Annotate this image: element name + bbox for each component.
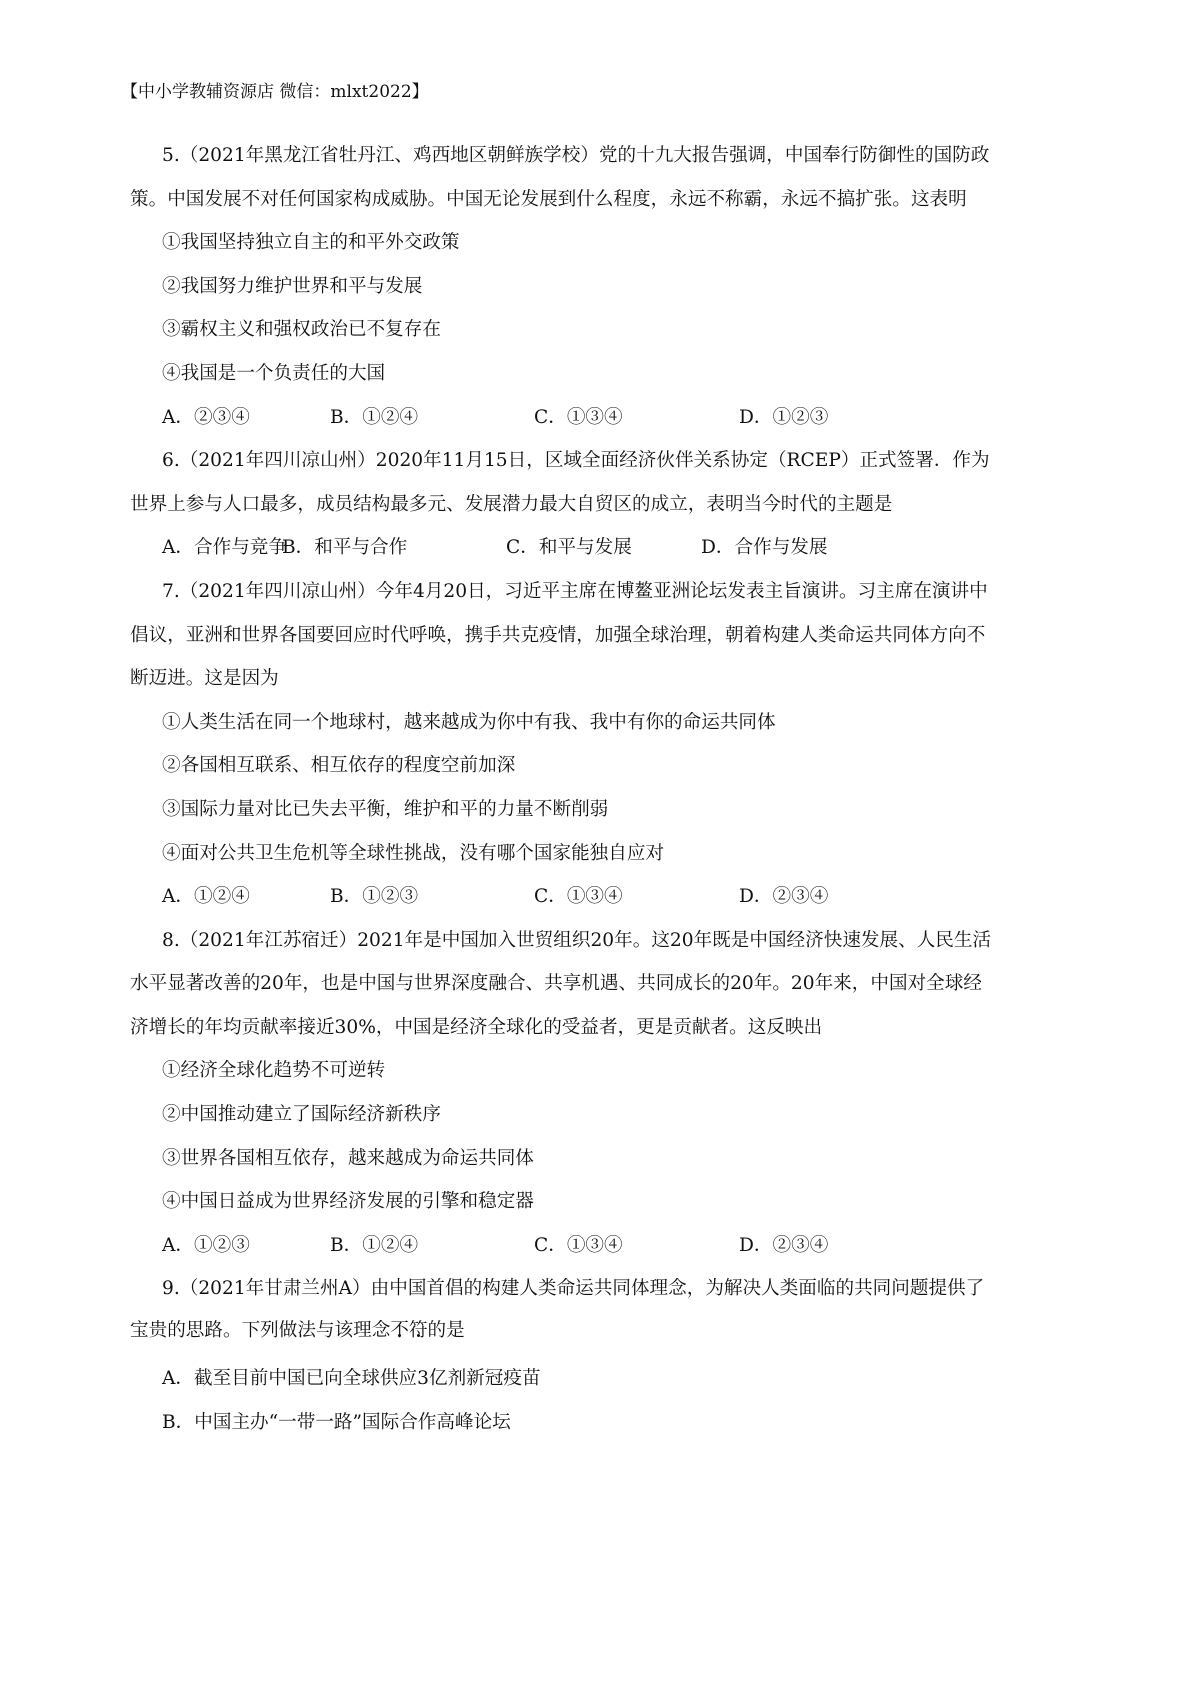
answer-options: A．合作与竞争 B．和平与合作 C．和平与发展 D．合作与发展 [130, 526, 1090, 570]
statement-2: ②中国推动建立了国际经济新秩序 [130, 1093, 1090, 1137]
statement-3: ③世界各国相互依存，越来越成为命运共同体 [130, 1137, 1090, 1181]
question-stem-line: 世界上参与人口最多，成员结构最多元、发展潜力最大自贸区的成立，表明当今时代的主题… [130, 483, 1090, 527]
question-9: 9.（2021年甘肃兰州A）由中国首倡的构建人类命运共同体理念，为解决人类面临的… [130, 1267, 1090, 1445]
statement-2: ②各国相互联系、相互依存的程度空前加深 [130, 744, 1090, 788]
question-stem-line: 宝贵的思路。下列做法与该理念不符的是 [130, 1311, 1090, 1357]
option-b[interactable]: B．①②④ [330, 1224, 534, 1268]
option-c[interactable]: C．①③④ [534, 396, 739, 440]
statement-1: ①经济全球化趋势不可逆转 [130, 1049, 1090, 1093]
option-a[interactable]: A．②③④ [162, 396, 330, 440]
answer-options: A．①②③ B．①②④ C．①③④ D．②③④ [130, 1224, 1090, 1268]
stem-text: 宝贵的思路。下列做法与该理念 [130, 1320, 390, 1341]
document-page: 【中小学教辅资源店 微信：mlxt2022】 5.（2021年黑龙江省牡丹江、鸡… [0, 0, 1200, 1698]
question-stem-line: 9.（2021年甘肃兰州A）由中国首倡的构建人类命运共同体理念，为解决人类面临的… [130, 1267, 1090, 1311]
option-b[interactable]: B．①②③ [330, 875, 534, 919]
option-c[interactable]: C．①③④ [534, 875, 739, 919]
question-stem-line: 8.（2021年江苏宿迁）2021年是中国加入世贸组织20年。这20年既是中国经… [130, 919, 1090, 963]
option-d[interactable]: D．①②③ [739, 396, 939, 440]
question-6: 6.（2021年四川凉山州）2020年11月15日，区域全面经济伙伴关系协定（R… [130, 439, 1090, 570]
emphasis-char: 不 [390, 1320, 409, 1341]
statement-1: ①我国坚持独立自主的和平外交政策 [130, 221, 1090, 265]
question-stem-line: 策。中国发展不对任何国家构成威胁。中国无论发展到什么程度，永远不称霸，永远不搞扩… [130, 178, 1090, 222]
stem-text: 的是 [428, 1320, 465, 1341]
statement-1: ①人类生活在同一个地球村，越来越成为你中有我、我中有你的命运共同体 [130, 701, 1090, 745]
answer-options: A．②③④ B．①②④ C．①③④ D．①②③ [130, 396, 1090, 440]
question-stem-line: 7.（2021年四川凉山州）今年4月20日，习近平主席在博鳌亚洲论坛发表主旨演讲… [130, 570, 1090, 614]
question-8: 8.（2021年江苏宿迁）2021年是中国加入世贸组织20年。这20年既是中国经… [130, 919, 1090, 1268]
statement-4: ④我国是一个负责任的大国 [130, 352, 1090, 396]
question-5: 5.（2021年黑龙江省牡丹江、鸡西地区朝鲜族学校）党的十九大报告强调，中国奉行… [130, 134, 1090, 439]
question-list: 5.（2021年黑龙江省牡丹江、鸡西地区朝鲜族学校）党的十九大报告强调，中国奉行… [130, 134, 1090, 1445]
option-b[interactable]: B．中国主办“一带一路”国际合作高峰论坛 [130, 1401, 1090, 1445]
statement-3: ③国际力量对比已失去平衡，维护和平的力量不断削弱 [130, 788, 1090, 832]
option-d[interactable]: D．②③④ [739, 875, 939, 919]
statement-2: ②我国努力维护世界和平与发展 [130, 265, 1090, 309]
option-b[interactable]: B．①②④ [330, 396, 534, 440]
page-header: 【中小学教辅资源店 微信：mlxt2022】 [121, 80, 429, 104]
option-c[interactable]: C．①③④ [534, 1224, 739, 1268]
statement-4: ④中国日益成为世界经济发展的引擎和稳定器 [130, 1180, 1090, 1224]
option-b[interactable]: B．和平与合作 [282, 526, 506, 570]
option-a[interactable]: A．截至目前中国已向全球供应3亿剂新冠疫苗 [130, 1357, 1090, 1401]
question-stem-line: 济增长的年均贡献率接近30%，中国是经济全球化的受益者，更是贡献者。这反映出 [130, 1006, 1090, 1050]
option-d[interactable]: D．合作与发展 [701, 526, 901, 570]
option-c[interactable]: C．和平与发展 [506, 526, 701, 570]
option-d[interactable]: D．②③④ [739, 1224, 939, 1268]
question-stem-line: 6.（2021年四川凉山州）2020年11月15日，区域全面经济伙伴关系协定（R… [130, 439, 1090, 483]
answer-options: A．①②④ B．①②③ C．①③④ D．②③④ [130, 875, 1090, 919]
question-stem-line: 倡议，亚洲和世界各国要回应时代呼唤，携手共克疫情，加强全球治理，朝着构建人类命运… [130, 614, 1090, 658]
emphasis-char: 符 [409, 1320, 428, 1341]
option-a[interactable]: A．合作与竞争 [162, 526, 282, 570]
option-a[interactable]: A．①②③ [162, 1224, 330, 1268]
statement-4: ④面对公共卫生危机等全球性挑战，没有哪个国家能独自应对 [130, 832, 1090, 876]
statement-3: ③霸权主义和强权政治已不复存在 [130, 308, 1090, 352]
question-7: 7.（2021年四川凉山州）今年4月20日，习近平主席在博鳌亚洲论坛发表主旨演讲… [130, 570, 1090, 919]
question-stem-line: 断迈进。这是因为 [130, 657, 1090, 701]
question-stem-line: 水平显著改善的20年，也是中国与世界深度融合、共享机遇、共同成长的20年。20年… [130, 962, 1090, 1006]
option-a[interactable]: A．①②④ [162, 875, 330, 919]
question-stem-line: 5.（2021年黑龙江省牡丹江、鸡西地区朝鲜族学校）党的十九大报告强调，中国奉行… [130, 134, 1090, 178]
